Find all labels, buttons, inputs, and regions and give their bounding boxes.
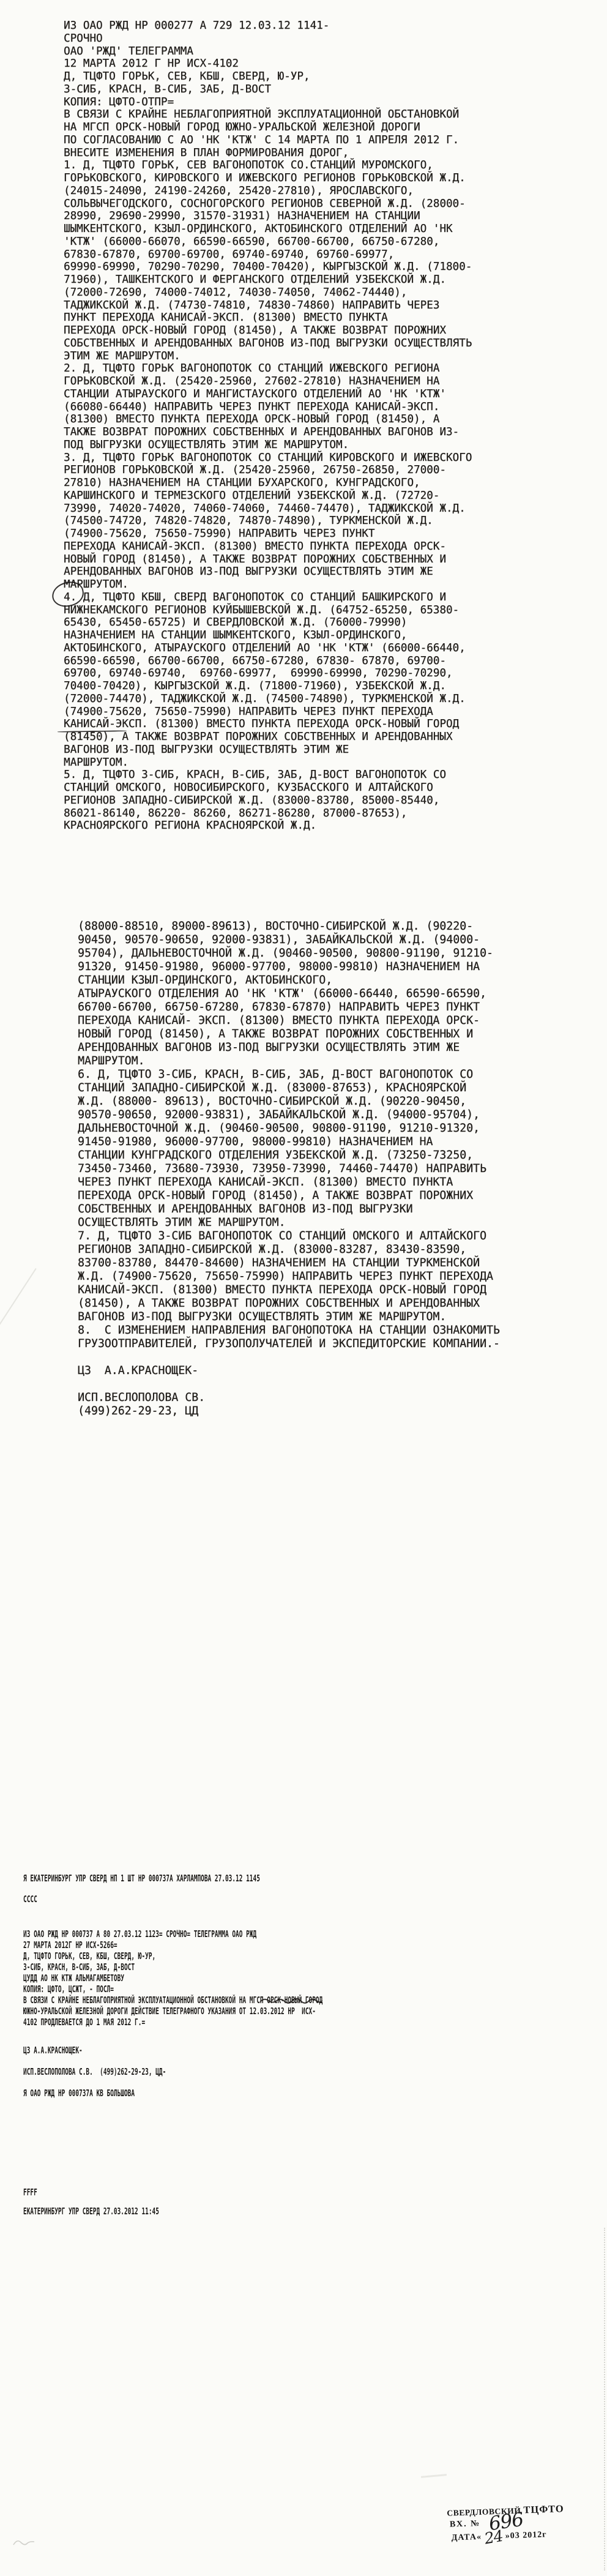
telegram2-executor: ИСП.ВЕСЛОПОЛОВА С.В. (499)262-29-23, ЦД-: [23, 2066, 166, 2077]
stamp-date-handwritten: 24: [484, 2533, 503, 2542]
stamp-number-line: ВХ. № 696: [450, 2519, 481, 2530]
hand-wavy-underline-annotation: [260, 1998, 322, 2004]
stamp-number-label: ВХ. №: [450, 2519, 481, 2529]
service-code-cccc: СССС: [23, 1894, 37, 1905]
scan-edge-artifact: [604, 2228, 605, 2570]
telegram2-ack-line: Я ОАО РЖД НР 000737А КВ БОЛЬШОВА: [23, 2088, 135, 2099]
end-code-ffff: FFFF: [23, 2187, 37, 2198]
telegram2-signature: ЦЗ А.А.КРАСНОЩЕК-: [23, 2045, 83, 2056]
telegram2-text: ИЗ ОАО РЖД НР 000737 А 80 27.03.12 1123=…: [23, 1928, 322, 2028]
telegram1-page1-text: ИЗ ОАО РЖД НР 000277 А 729 12.03.12 1141…: [64, 20, 472, 832]
receive-footer-line: ЕКАТЕРИНБУРГ УПР СВЕРД 27.03.2012 11:45: [23, 2206, 159, 2217]
stamp-date-line: ДАТА« 24 »03 2012г: [452, 2530, 547, 2543]
stamp-date-rest: »03 2012г: [505, 2530, 547, 2541]
telegram1-page2-text: (88000-88510, 89000-89613), ВОСТОЧНО-СИБ…: [78, 920, 500, 1418]
stamp-org-big: ТЦФТО: [523, 2503, 564, 2515]
paper-crease: [0, 1268, 37, 1346]
incoming-stamp: СВЕРДЛОВСКИЙ ТЦФТО ВХ. № 696 ДАТА« 24 »0…: [443, 2503, 573, 2556]
corner-scribble: [12, 2537, 37, 2548]
scanned-telegram-document: ИЗ ОАО РЖД НР 000277 А 729 12.03.12 1141…: [0, 0, 607, 2576]
relay-header-line: Я ЕКАТЕРИНБУРГ УПР СВЕРД НП 1 ШТ НР 0007…: [23, 1873, 260, 1884]
stamp-date-label: ДАТА«: [452, 2533, 482, 2543]
scan-smudge: [421, 2474, 447, 2478]
